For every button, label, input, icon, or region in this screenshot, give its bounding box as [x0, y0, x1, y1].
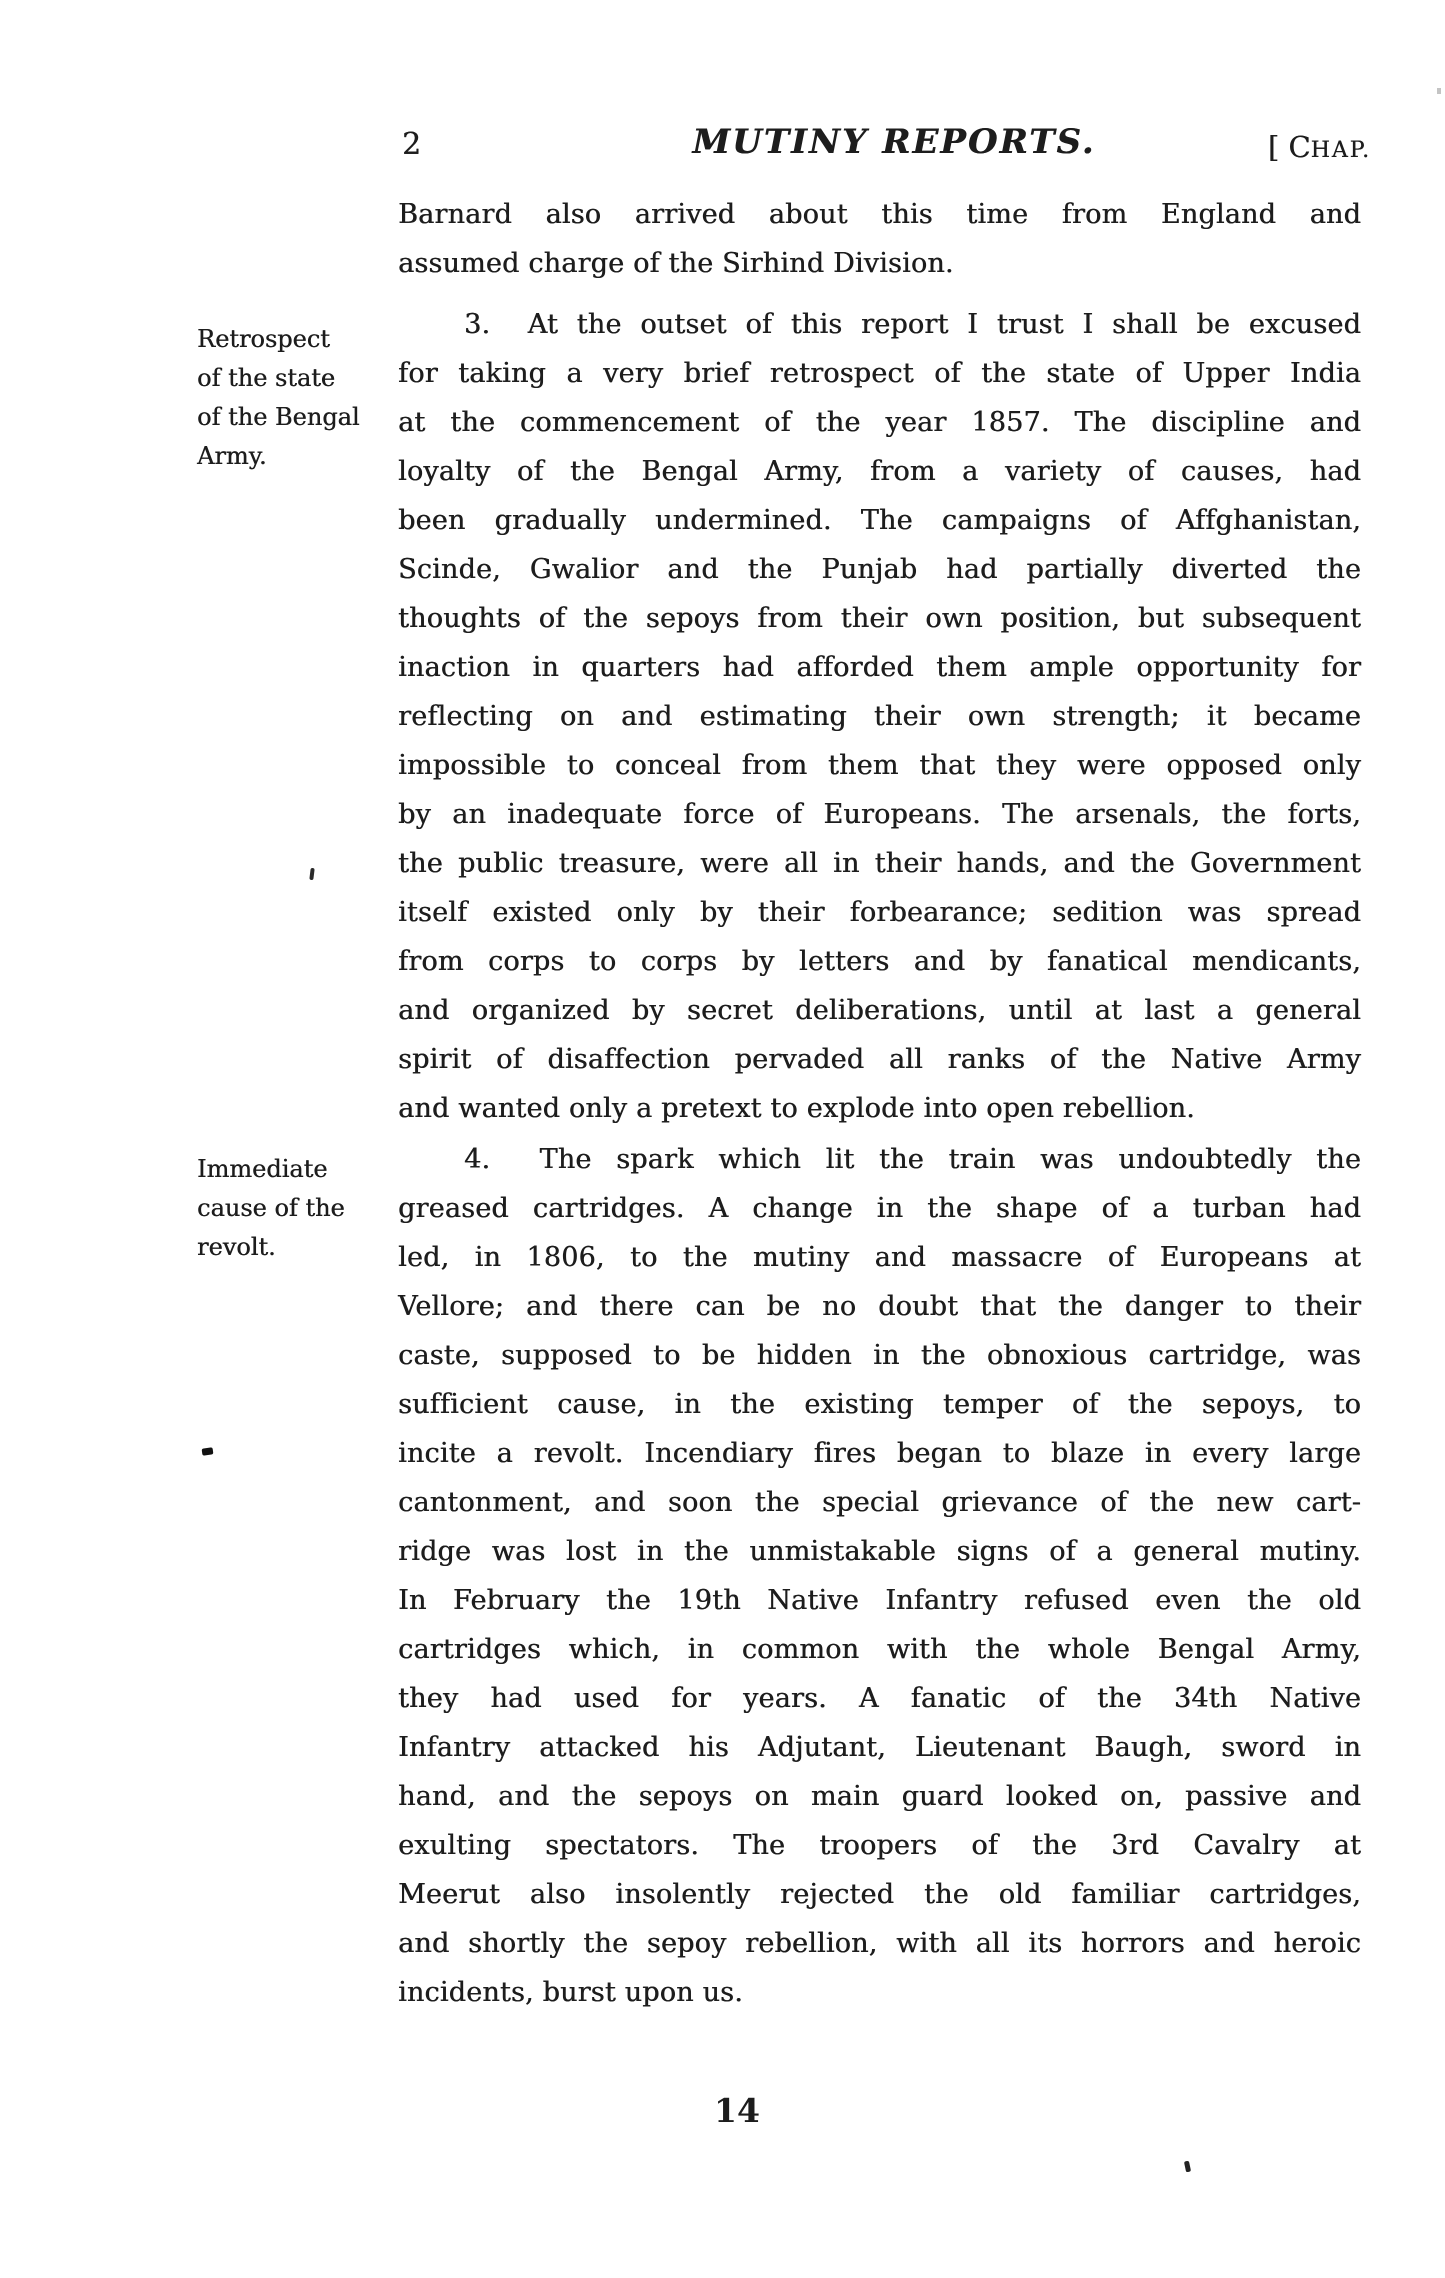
text-line: assumed charge of the Sirhind Division.	[398, 239, 1361, 288]
text-line: Scinde, Gwalior and the Punjab had parti…	[398, 545, 1361, 594]
text-line: Barnard also arrived about this time fro…	[398, 190, 1361, 239]
text-line: loyalty of the Bengal Army, from a varie…	[398, 447, 1361, 496]
text-line: of the state	[197, 359, 387, 398]
text-line: cartridges which, in common with the who…	[398, 1625, 1361, 1674]
text-line: and organized by secret deliberations, u…	[398, 986, 1361, 1035]
text-line: In February the 19th Native Infantry ref…	[398, 1576, 1361, 1625]
text-line: Army.	[197, 437, 387, 476]
text-line: cantonment, and soon the special grievan…	[398, 1478, 1361, 1527]
text-line: led, in 1806, to the mutiny and massacre…	[398, 1233, 1361, 1282]
text-line: been gradually undermined. The campaigns…	[398, 496, 1361, 545]
margin-note-retrospect: Retrospectof the stateof the BengalArmy.	[197, 320, 387, 476]
text-line: ridge was lost in the unmistakable signs…	[398, 1527, 1361, 1576]
page-number-top: 2	[402, 125, 421, 165]
text-line: for taking a very brief retrospect of th…	[398, 349, 1361, 398]
text-line: hand, and the sepoys on main guard looke…	[398, 1772, 1361, 1821]
chapter-marker-smallcaps: HAP.	[1311, 138, 1371, 163]
ink-speck	[1184, 2161, 1191, 2173]
text-line: 3. At the outset of this report I trust …	[398, 300, 1361, 349]
chapter-marker-prefix: [ C	[1268, 130, 1311, 164]
text-line: incidents, burst upon us.	[398, 1968, 1361, 2017]
text-line: of the Bengal	[197, 398, 387, 437]
text-line: itself existed only by their forbearance…	[398, 888, 1361, 937]
ink-speck	[309, 868, 314, 880]
ink-speck	[202, 1447, 214, 1455]
text-line: Retrospect	[197, 320, 387, 359]
text-line: Vellore; and there can be no doubt that …	[398, 1282, 1361, 1331]
text-line: from corps to corps by letters and by fa…	[398, 937, 1361, 986]
text-line: reflecting on and estimating their own s…	[398, 692, 1361, 741]
page-number-bottom: 14	[714, 2090, 760, 2132]
scanned-book-page: 2 MUTINY REPORTS. [ CHAP. Barnard also a…	[0, 0, 1445, 2278]
text-line: impossible to conceal from them that the…	[398, 741, 1361, 790]
text-line: revolt.	[197, 1228, 387, 1267]
text-line: inaction in quarters had afforded them a…	[398, 643, 1361, 692]
intro-paragraph: Barnard also arrived about this time fro…	[398, 190, 1361, 288]
text-line: at the commencement of the year 1857. Th…	[398, 398, 1361, 447]
text-line: and wanted only a pretext to explode int…	[398, 1084, 1361, 1133]
text-line: cause of the	[197, 1189, 387, 1228]
text-line: greased cartridges. A change in the shap…	[398, 1184, 1361, 1233]
text-line: Infantry attacked his Adjutant, Lieutena…	[398, 1723, 1361, 1772]
margin-note-immediate: Immediatecause of therevolt.	[197, 1150, 387, 1267]
paragraph-3: 3. At the outset of this report I trust …	[398, 300, 1361, 1133]
text-line: exulting spectators. The troopers of the…	[398, 1821, 1361, 1870]
text-line: Immediate	[197, 1150, 387, 1189]
running-title: MUTINY REPORTS.	[692, 120, 1095, 164]
chapter-marker: [ CHAP.	[1268, 127, 1371, 171]
text-line: caste, supposed to be hidden in the obno…	[398, 1331, 1361, 1380]
text-line: Meerut also insolently rejected the old …	[398, 1870, 1361, 1919]
text-line: 4. The spark which lit the train was und…	[398, 1135, 1361, 1184]
paragraph-4: 4. The spark which lit the train was und…	[398, 1135, 1361, 2017]
text-line: incite a revolt. Incendiary fires began …	[398, 1429, 1361, 1478]
ink-speck	[1437, 88, 1441, 94]
text-line: thoughts of the sepoys from their own po…	[398, 594, 1361, 643]
text-line: sufficient cause, in the existing temper…	[398, 1380, 1361, 1429]
text-line: and shortly the sepoy rebellion, with al…	[398, 1919, 1361, 1968]
text-line: the public treasure, were all in their h…	[398, 839, 1361, 888]
text-line: they had used for years. A fanatic of th…	[398, 1674, 1361, 1723]
text-line: by an inadequate force of Europeans. The…	[398, 790, 1361, 839]
text-line: spirit of disaffection pervaded all rank…	[398, 1035, 1361, 1084]
